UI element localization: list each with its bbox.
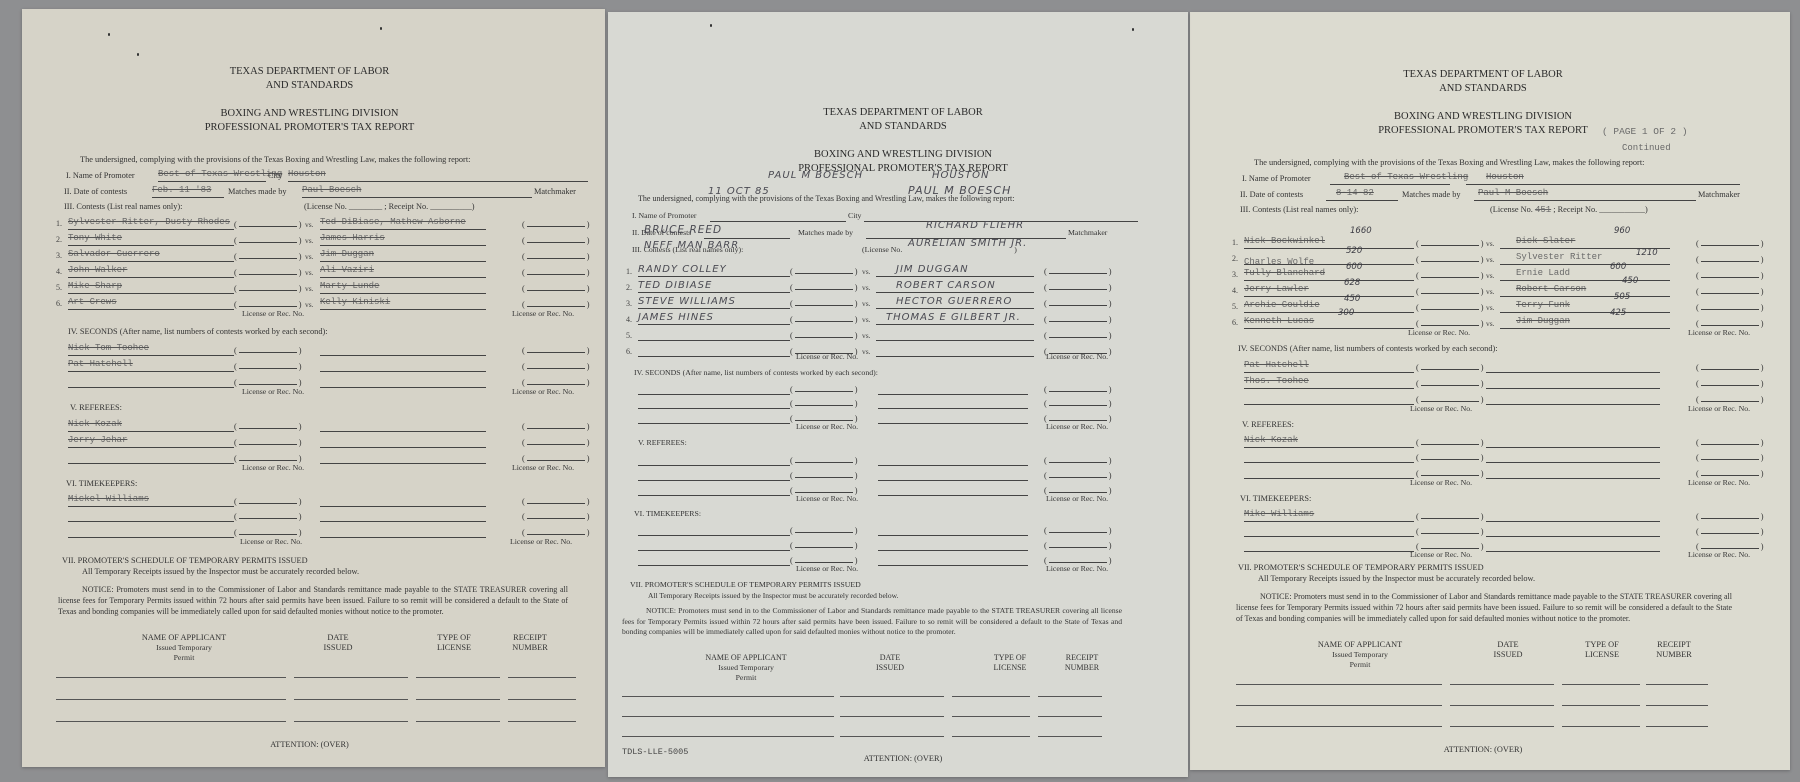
- permit-name-field[interactable]: [622, 695, 834, 697]
- license-field[interactable]: (): [790, 265, 858, 276]
- permit-date-field[interactable]: [840, 735, 944, 737]
- punch-mark: [137, 53, 139, 56]
- license-field[interactable]: (): [1696, 361, 1764, 372]
- contestant-a[interactable]: Tony White: [68, 233, 234, 246]
- row-number: 4.: [626, 315, 632, 324]
- matchmaker-field[interactable]: Paul Boesch: [302, 185, 532, 198]
- license-field[interactable]: (): [234, 282, 302, 293]
- permit-date-field[interactable]: [1450, 704, 1554, 706]
- punch-mark: [710, 24, 712, 27]
- referee-name[interactable]: [878, 468, 1028, 481]
- permit-type-field[interactable]: [1562, 725, 1640, 727]
- contestant-a[interactable]: TED DIBIASE: [638, 280, 790, 293]
- timekeeper-name[interactable]: [638, 523, 790, 536]
- referee-name[interactable]: [878, 483, 1028, 496]
- license-field[interactable]: (): [1044, 329, 1112, 340]
- contestant-a[interactable]: Mike Sharp: [68, 281, 234, 294]
- attention-footer: ATTENTION: (OVER): [14, 740, 605, 749]
- timekeeper-name[interactable]: [1486, 509, 1660, 522]
- timekeeper-name[interactable]: [68, 525, 234, 538]
- referee-name[interactable]: [320, 435, 486, 448]
- timekeeper-name[interactable]: [320, 509, 486, 522]
- date-field[interactable]: [704, 226, 790, 239]
- license-field[interactable]: (): [522, 344, 590, 355]
- vs-label: vs.: [305, 284, 314, 293]
- page-note: ( PAGE 1 OF 2 ): [1602, 126, 1688, 137]
- license-field[interactable]: (): [1696, 510, 1764, 521]
- purse-amount: 520: [1346, 246, 1362, 256]
- referees-title: V. REFEREES:: [1242, 420, 1294, 429]
- license-field[interactable]: (): [522, 266, 590, 277]
- permit-name-field[interactable]: [622, 735, 834, 737]
- document-page-left: TEXAS DEPARTMENT OF LABORAND STANDARDS B…: [22, 9, 605, 767]
- contestant-a[interactable]: [638, 344, 790, 357]
- contestant-b[interactable]: Ted DiBiase, Mathew Asborne: [320, 217, 486, 230]
- contestant-b[interactable]: Marty Lunde: [320, 281, 486, 294]
- row-number: 5.: [56, 283, 62, 292]
- license-field[interactable]: (): [1416, 237, 1484, 248]
- license-field[interactable]: (): [1416, 301, 1484, 312]
- punch-mark: [108, 33, 110, 36]
- attention-footer: ATTENTION: (OVER): [1176, 745, 1790, 754]
- license-caption: License or Rec. No.: [1046, 564, 1108, 573]
- permit-receipt-field[interactable]: [1646, 683, 1708, 685]
- city-field[interactable]: Houston: [288, 169, 588, 182]
- referee-name[interactable]: [1244, 466, 1414, 479]
- contestant-a[interactable]: Jerry Lawler: [1244, 284, 1414, 297]
- purse-amount: 450: [1344, 294, 1360, 304]
- license-field[interactable]: (): [1696, 436, 1764, 447]
- permit-type-field[interactable]: [1562, 683, 1640, 685]
- permit-name-field[interactable]: [1236, 704, 1442, 706]
- license-field[interactable]: (): [522, 510, 590, 521]
- license-field[interactable]: (): [522, 436, 590, 447]
- license-field[interactable]: (): [1416, 393, 1484, 404]
- timekeeper-name[interactable]: [1244, 524, 1414, 537]
- license-field[interactable]: (): [522, 495, 590, 506]
- referee-name[interactable]: [320, 419, 486, 432]
- second-name[interactable]: Nick Tom Toohee: [68, 343, 234, 356]
- license-field[interactable]: (): [522, 282, 590, 293]
- contestant-a[interactable]: Nick Bockwinkel: [1244, 236, 1414, 249]
- license-caption: License or Rec. No.: [1046, 352, 1108, 361]
- permit-receipt-field[interactable]: [508, 720, 576, 722]
- date-label: II. Date of contests: [64, 187, 127, 196]
- license-field[interactable]: (): [1044, 383, 1112, 394]
- handwritten-matchmaker: RICHARD FLIEHR: [926, 220, 1024, 231]
- handwritten-city: HOUSTON: [932, 170, 990, 181]
- intro-text: The undersigned, complying with the prov…: [1254, 158, 1644, 167]
- timekeeper-name[interactable]: Mike Williams: [1244, 509, 1414, 522]
- contestant-b[interactable]: James Harris: [320, 233, 486, 246]
- permits-title: VII. PROMOTER'S SCHEDULE OF TEMPORARY PE…: [62, 556, 308, 565]
- report-title: BOXING AND WRESTLING DIVISIONPROFESSIONA…: [1176, 110, 1790, 138]
- timekeeper-name[interactable]: [1486, 524, 1660, 537]
- license-field[interactable]: (): [234, 376, 302, 387]
- license-caption: License or Rec. No.: [512, 309, 574, 318]
- contestant-b[interactable]: Robert Carson: [1500, 284, 1670, 297]
- license-field[interactable]: (): [522, 298, 590, 309]
- second-name[interactable]: [1244, 392, 1414, 405]
- contestant-b[interactable]: Ali Vaziri: [320, 265, 486, 278]
- license-field[interactable]: (): [234, 436, 302, 447]
- contestant-b[interactable]: Kelly Kiniski: [320, 297, 486, 310]
- license-receipt-label: (License No. ________ ; Receipt No. ____…: [304, 202, 475, 211]
- contestant-a[interactable]: STEVE WILLIAMS: [638, 296, 790, 309]
- license-field[interactable]: (): [234, 298, 302, 309]
- timekeeper-name[interactable]: [878, 538, 1028, 551]
- promoter-label: I. Name of Promoter: [1242, 174, 1311, 183]
- license-field[interactable]: (): [1416, 377, 1484, 388]
- license-field[interactable]: (): [1696, 269, 1764, 280]
- col-header-receipt: RECEIPTNUMBER: [1644, 640, 1704, 660]
- license-field[interactable]: (): [1696, 237, 1764, 248]
- second-name[interactable]: [320, 359, 486, 372]
- license-field[interactable]: (): [234, 250, 302, 261]
- timekeepers-title: VI. TIMEKEEPERS:: [66, 479, 137, 488]
- license-field[interactable]: (): [1416, 317, 1484, 328]
- license-caption: License or Rec. No.: [1688, 478, 1750, 487]
- row-number: 5.: [626, 331, 632, 340]
- license-field[interactable]: (): [1696, 285, 1764, 296]
- promoter-field[interactable]: Best of Texas Wrestling: [158, 169, 266, 182]
- license-caption: License or Rec. No.: [1688, 550, 1750, 559]
- license-field[interactable]: (): [234, 495, 302, 506]
- permit-name-field[interactable]: [1236, 725, 1442, 727]
- license-caption: License or Rec. No.: [796, 422, 858, 431]
- license-field[interactable]: (): [1696, 301, 1764, 312]
- timekeeper-name[interactable]: [638, 553, 790, 566]
- license-field[interactable]: (): [1696, 525, 1764, 536]
- license-field[interactable]: (): [1044, 469, 1112, 480]
- permit-receipt-field[interactable]: [1038, 695, 1102, 697]
- purse-amount: 300: [1338, 308, 1354, 318]
- second-name[interactable]: [320, 375, 486, 388]
- vs-label: vs.: [305, 268, 314, 277]
- license-field[interactable]: (): [1416, 285, 1484, 296]
- contestant-a[interactable]: Tully Blanchard: [1244, 268, 1414, 281]
- second-name[interactable]: [638, 382, 790, 395]
- license-field[interactable]: (): [234, 420, 302, 431]
- license-caption: License or Rec. No.: [1688, 404, 1750, 413]
- license-caption: License or Rec. No.: [242, 463, 304, 472]
- permit-type-field[interactable]: [952, 715, 1030, 717]
- punch-mark: [1132, 28, 1134, 31]
- row-number: 6.: [626, 347, 632, 356]
- permit-name-field[interactable]: [56, 720, 286, 722]
- referee-name[interactable]: [68, 451, 234, 464]
- license-caption: License or Rec. No.: [1046, 494, 1108, 503]
- license-field[interactable]: (): [522, 250, 590, 261]
- permit-date-field[interactable]: [840, 715, 944, 717]
- purse-amount: 1660: [1350, 226, 1372, 236]
- permit-type-field[interactable]: [416, 676, 500, 678]
- license-field[interactable]: (): [1416, 436, 1484, 447]
- report-title: BOXING AND WRESTLING DIVISIONPROFESSIONA…: [618, 148, 1188, 176]
- vs-label: vs.: [862, 283, 871, 292]
- vs-label: vs.: [1486, 319, 1495, 328]
- timekeeper-name[interactable]: [878, 553, 1028, 566]
- permit-receipt-field[interactable]: [1646, 725, 1708, 727]
- second-name[interactable]: [878, 396, 1028, 409]
- license-field[interactable]: (): [790, 539, 858, 550]
- referee-name[interactable]: [878, 453, 1028, 466]
- license-field[interactable]: (): [1044, 397, 1112, 408]
- second-name[interactable]: [878, 411, 1028, 424]
- permit-type-field[interactable]: [416, 698, 500, 700]
- second-name[interactable]: [638, 411, 790, 424]
- permit-receipt-field[interactable]: [1038, 735, 1102, 737]
- permit-date-field[interactable]: [294, 720, 408, 722]
- license-field[interactable]: (): [234, 452, 302, 463]
- second-name[interactable]: Pat Hatchell: [1244, 360, 1414, 373]
- license-field[interactable]: (): [1696, 317, 1764, 328]
- license-field[interactable]: (): [790, 524, 858, 535]
- permit-receipt-field[interactable]: [508, 676, 576, 678]
- handwritten-signature: PAUL M BOESCH: [908, 184, 1011, 197]
- seconds-title: IV. SECONDS (After name, list numbers of…: [68, 327, 328, 336]
- license-field[interactable]: (): [1416, 269, 1484, 280]
- license-field[interactable]: (): [234, 526, 302, 537]
- date-field[interactable]: Feb. 11 '83: [152, 185, 224, 198]
- contestant-b[interactable]: ROBERT CARSON: [876, 280, 1034, 293]
- contestant-a[interactable]: [638, 328, 790, 341]
- permit-name-field[interactable]: [1236, 683, 1442, 685]
- license-field[interactable]: (): [1044, 454, 1112, 465]
- license-field[interactable]: (): [234, 234, 302, 245]
- license-field[interactable]: (): [790, 281, 858, 292]
- row-number: 5.: [1232, 302, 1238, 311]
- license-caption: License or Rec. No.: [1410, 478, 1472, 487]
- license-caption: License or Rec. No.: [1410, 404, 1472, 413]
- license-field[interactable]: (): [1416, 361, 1484, 372]
- referee-name[interactable]: Nick Kozak: [68, 419, 234, 432]
- second-name[interactable]: Pat Hatchell: [68, 359, 234, 372]
- notice-text: NOTICE: Promoters must send in to the Co…: [622, 606, 1122, 638]
- timekeeper-name[interactable]: Mickel Williams: [68, 494, 234, 507]
- license-field[interactable]: (): [790, 297, 858, 308]
- col-header-type: TYPE OFLICENSE: [980, 653, 1040, 673]
- timekeeper-name[interactable]: [638, 538, 790, 551]
- contestant-a[interactable]: Charles Wolfe: [1244, 252, 1414, 265]
- matches-label: Matches made by: [228, 187, 287, 196]
- license-field[interactable]: (): [1696, 467, 1764, 478]
- contestant-b[interactable]: Jim Duggan: [1500, 316, 1670, 329]
- contestant-a[interactable]: Art Crews: [68, 297, 234, 310]
- row-number: 2.: [1232, 254, 1238, 263]
- license-caption: License or Rec. No.: [242, 387, 304, 396]
- timekeeper-name[interactable]: [68, 509, 234, 522]
- referee-name[interactable]: [638, 453, 790, 466]
- timekeeper-name[interactable]: [1486, 539, 1660, 552]
- license-field[interactable]: (): [522, 234, 590, 245]
- col-header-receipt: RECEIPTNUMBER: [500, 633, 560, 653]
- permits-subtitle: All Temporary Receipts issued by the Ins…: [648, 591, 898, 600]
- permit-receipt-field[interactable]: [1646, 704, 1708, 706]
- referee-name[interactable]: [638, 483, 790, 496]
- license-field[interactable]: (): [522, 376, 590, 387]
- contests-label: III. Contests (List real names only):: [64, 202, 182, 211]
- license-receipt-label: (License No. 451 ; Receipt No. _________…: [1490, 205, 1648, 215]
- license-field[interactable]: (): [790, 383, 858, 394]
- license-field[interactable]: (): [522, 452, 590, 463]
- license-field[interactable]: (): [790, 454, 858, 465]
- vs-label: vs.: [1486, 303, 1495, 312]
- referee-name[interactable]: Nick Kozak: [1244, 435, 1414, 448]
- contestant-b[interactable]: Ernie Ladd: [1500, 268, 1670, 281]
- contestant-a[interactable]: John Walker: [68, 265, 234, 278]
- matchmaker-field[interactable]: Paul M Boesch: [1474, 188, 1696, 201]
- permit-type-field[interactable]: [416, 720, 500, 722]
- contestant-b[interactable]: Terry Funk: [1500, 300, 1670, 313]
- referee-name[interactable]: Jerry Jehar: [68, 435, 234, 448]
- contestant-a[interactable]: Kenneth Lucas: [1244, 316, 1414, 329]
- license-field[interactable]: (): [1044, 524, 1112, 535]
- timekeepers-title: VI. TIMEKEEPERS:: [634, 509, 701, 518]
- permit-date-field[interactable]: [294, 676, 408, 678]
- contestant-a[interactable]: Sylvester Ritter, Dusty Rhodes: [68, 217, 234, 230]
- referees-title: V. REFEREES:: [638, 438, 687, 447]
- promoter-label: I. Name of Promoter: [632, 211, 697, 220]
- license-caption: License or Rec. No.: [512, 387, 574, 396]
- license-caption: License or Rec. No.: [1408, 328, 1470, 337]
- attention-footer: ATTENTION: (OVER): [618, 754, 1188, 763]
- agency-header: TEXAS DEPARTMENT OF LABORAND STANDARDS: [14, 65, 605, 93]
- license-field[interactable]: (): [234, 218, 302, 229]
- referee-name[interactable]: [1486, 435, 1660, 448]
- license-field[interactable]: (): [522, 218, 590, 229]
- promoter-field[interactable]: [710, 209, 846, 222]
- timekeeper-name[interactable]: [320, 494, 486, 507]
- vs-label: vs.: [862, 267, 871, 276]
- date-field[interactable]: 8-14-82: [1326, 188, 1398, 201]
- vs-label: vs.: [1486, 255, 1495, 264]
- license-field[interactable]: (): [1696, 451, 1764, 462]
- referee-name[interactable]: [1486, 466, 1660, 479]
- second-name[interactable]: Thos. Toohee: [1244, 376, 1414, 389]
- timekeeper-name[interactable]: [878, 523, 1028, 536]
- license-field[interactable]: (): [1416, 525, 1484, 536]
- license-field[interactable]: (): [234, 360, 302, 371]
- matchmaker-label: Matchmaker: [1698, 190, 1740, 199]
- license-field[interactable]: (): [1416, 510, 1484, 521]
- contestant-b[interactable]: [876, 344, 1034, 357]
- contestant-a[interactable]: JAMES HINES: [638, 312, 790, 325]
- purse-amount: 960: [1614, 226, 1630, 236]
- permit-receipt-field[interactable]: [508, 698, 576, 700]
- permit-type-field[interactable]: [952, 695, 1030, 697]
- contestant-a[interactable]: Archie Gouldie: [1244, 300, 1414, 313]
- license-field[interactable]: (): [1044, 297, 1112, 308]
- contestant-a[interactable]: RANDY COLLEY: [638, 264, 790, 277]
- license-caption: License or Rec. No.: [796, 564, 858, 573]
- license-field[interactable]: (): [522, 360, 590, 371]
- second-name[interactable]: [320, 343, 486, 356]
- second-name[interactable]: [1486, 360, 1660, 373]
- license-field[interactable]: (): [1044, 265, 1112, 276]
- timekeeper-name[interactable]: [320, 525, 486, 538]
- referee-name[interactable]: [1244, 450, 1414, 463]
- contestant-a[interactable]: Salvador Guerrero: [68, 249, 234, 262]
- permit-name-field[interactable]: [622, 715, 834, 717]
- license-field[interactable]: (): [234, 266, 302, 277]
- license-field[interactable]: (): [1416, 451, 1484, 462]
- license-field[interactable]: (): [522, 420, 590, 431]
- referee-name[interactable]: [320, 451, 486, 464]
- promoter-label: I. Name of Promoter: [66, 171, 135, 180]
- vs-label: vs.: [305, 252, 314, 261]
- permit-name-field[interactable]: [56, 698, 286, 700]
- timekeeper-name[interactable]: [1244, 539, 1414, 552]
- license-field[interactable]: (): [1696, 253, 1764, 264]
- permit-receipt-field[interactable]: [1038, 715, 1102, 717]
- permit-date-field[interactable]: [1450, 683, 1554, 685]
- permit-date-field[interactable]: [294, 698, 408, 700]
- contestant-b[interactable]: HECTOR GUERRERO: [876, 296, 1034, 309]
- col-header-type: TYPE OFLICENSE: [424, 633, 484, 653]
- row-number: 3.: [1232, 270, 1238, 279]
- referee-name[interactable]: [1486, 450, 1660, 463]
- license-caption: License or Rec. No.: [512, 463, 574, 472]
- second-name[interactable]: [878, 382, 1028, 395]
- second-name[interactable]: [68, 375, 234, 388]
- row-number: 6.: [1232, 318, 1238, 327]
- license-field[interactable]: (): [522, 526, 590, 537]
- second-name[interactable]: [1486, 376, 1660, 389]
- promoter-field[interactable]: Best of Texas Wrestling: [1330, 172, 1450, 185]
- permit-type-field[interactable]: [952, 735, 1030, 737]
- permit-date-field[interactable]: [840, 695, 944, 697]
- license-field[interactable]: (): [234, 510, 302, 521]
- contestant-b[interactable]: JIM DUGGAN: [876, 264, 1034, 277]
- permit-date-field[interactable]: [1450, 725, 1554, 727]
- license-field[interactable]: (): [234, 344, 302, 355]
- license-field[interactable]: (): [790, 313, 858, 324]
- col-header-receipt: RECEIPTNUMBER: [1052, 653, 1112, 673]
- second-name[interactable]: [638, 396, 790, 409]
- license-field[interactable]: (): [1416, 467, 1484, 478]
- row-number: 2.: [56, 235, 62, 244]
- purse-amount: 600: [1610, 262, 1626, 272]
- referee-name[interactable]: [638, 468, 790, 481]
- license-field[interactable]: (): [790, 469, 858, 480]
- license-field[interactable]: (): [1044, 539, 1112, 550]
- license-field[interactable]: (): [1044, 281, 1112, 292]
- license-caption: License or Rec. No.: [240, 537, 302, 546]
- agency-header: TEXAS DEPARTMENT OF LABORAND STANDARDS: [1176, 68, 1790, 96]
- contestant-b[interactable]: Jim Duggan: [320, 249, 486, 262]
- contestant-b[interactable]: [876, 328, 1034, 341]
- intro-text: The undersigned, complying with the prov…: [80, 155, 470, 164]
- permit-name-field[interactable]: [56, 676, 286, 678]
- license-field[interactable]: (): [1696, 377, 1764, 388]
- license-field[interactable]: (): [790, 397, 858, 408]
- col-header-name: NAME OF APPLICANTIssued TemporaryPermit: [1290, 640, 1430, 670]
- permit-type-field[interactable]: [1562, 704, 1640, 706]
- license-field[interactable]: (): [790, 329, 858, 340]
- purse-amount: 450: [1622, 276, 1638, 286]
- license-field[interactable]: (): [1416, 253, 1484, 264]
- license-field[interactable]: (): [1696, 393, 1764, 404]
- city-field[interactable]: Houston: [1466, 172, 1740, 185]
- second-name[interactable]: [1486, 392, 1660, 405]
- row-number: 1.: [626, 267, 632, 276]
- permits-subtitle: All Temporary Receipts issued by the Ins…: [82, 567, 359, 576]
- punch-mark: [380, 27, 382, 30]
- license-field[interactable]: (): [1044, 313, 1112, 324]
- contestant-b[interactable]: THOMAS E GILBERT JR.: [876, 312, 1034, 325]
- purse-amount: 1210: [1636, 248, 1658, 258]
